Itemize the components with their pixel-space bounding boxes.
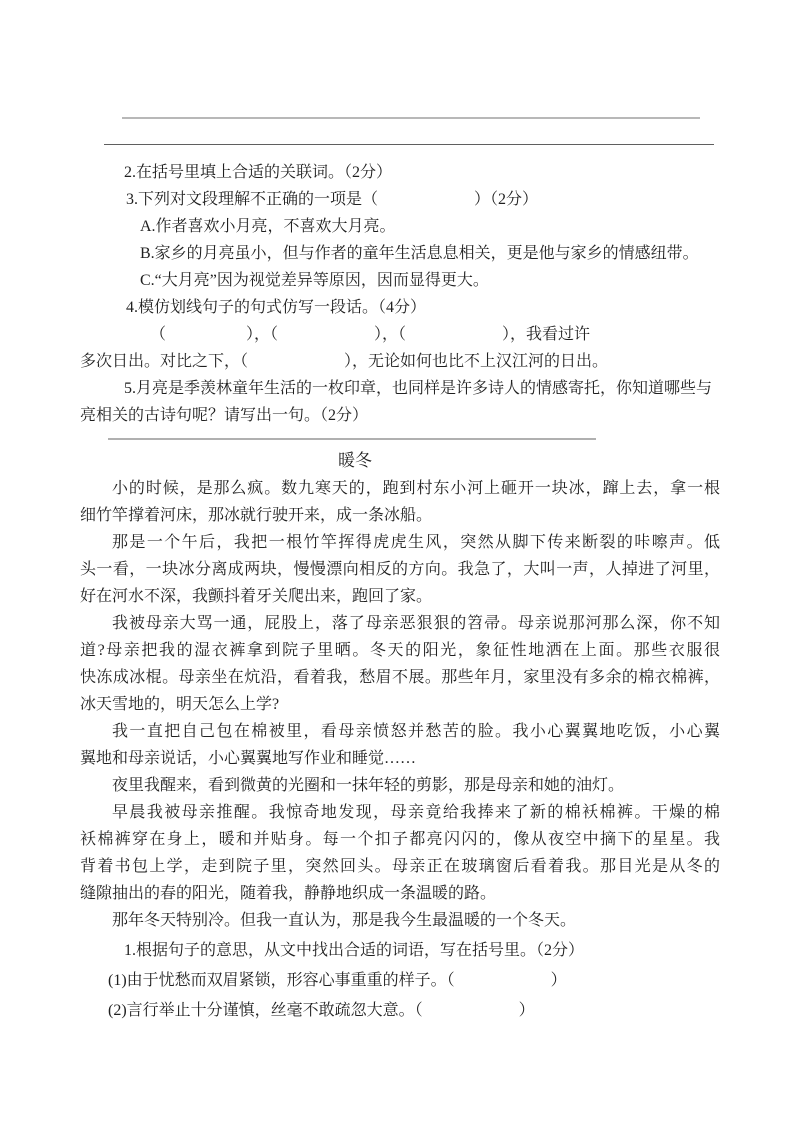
question-1-item-1: (1)由于忧愁而双眉紧锁，形容心事重重的样子。（ ）: [80, 966, 720, 996]
passage-line: 缝隙抽出的春的阳光，随着我，静静地织成一条温暖的路。: [80, 880, 720, 907]
question-3-text: 3.下列对文段理解不正确的一项是（ ）（2分）: [80, 186, 720, 213]
question-1-item-2: (2)言行举止十分谨慎，丝毫不敢疏忽大意。（ ）: [80, 996, 720, 1026]
passage-line: 早晨我被母亲推醒。我惊奇地发现，母亲竟给我捧来了新的棉袄棉裤。干燥的棉: [80, 799, 720, 826]
answer-line-rule-1: [122, 117, 700, 119]
passage-body: 小的时候，是那么疯。数九寒天的，跑到村东小河上砸开一块冰，蹿上去，拿一根 细竹竿…: [80, 475, 720, 934]
question-4-text: 4.模仿划线句子的句式仿写一段话。（4分）: [80, 294, 720, 321]
passage-title: 暖冬: [80, 447, 720, 474]
question-3-option-c: C.“大月亮”因为视觉差异等原因，因而显得更大。: [80, 267, 720, 294]
previous-passage-questions: 2.在括号里填上合适的关联词。（2分） 3.下列对文段理解不正确的一项是（ ）（…: [80, 159, 720, 429]
passage-title-row: 暖冬: [80, 447, 720, 474]
passage-line: 夜里我醒来，看到微黄的光圈和一抹年轻的剪影，那是母亲和她的油灯。: [80, 772, 720, 799]
passage-line: 小的时候，是那么疯。数九寒天的，跑到村东小河上砸开一块冰，蹿上去，拿一根: [80, 475, 720, 502]
passage-line: 我被母亲大骂一通，屁股上，落了母亲恶狠狠的笤帚。母亲说那河那么深，你不知: [80, 610, 720, 637]
question-5-line-1: 5.月亮是季羡林童年生活的一枚印章，也同样是许多诗人的情感寄托，你知道哪些与月: [80, 375, 720, 402]
passage-line: 快冻成冰棍。母亲坐在炕沿，看着我，愁眉不展。那些年月，家里没有多余的棉衣棉裤，: [80, 664, 720, 691]
question-2-text: 2.在括号里填上合适的关联词。（2分）: [80, 159, 720, 186]
answer-line-rule-2: [104, 144, 714, 145]
question-1-text: 1.根据句子的意思，从文中找出合适的词语，写在括号里。（2分）: [80, 936, 720, 966]
passage-line: 翼地和母亲说话，小心翼翼地写作业和睡觉……: [80, 745, 720, 772]
passage-line: 背着书包上学，走到院子里，突然回头。母亲正在玻璃窗后看着我。那目光是从冬的: [80, 853, 720, 880]
passage-line: 好在河水不深，我颤抖着牙关爬出来，跑回了家。: [80, 583, 720, 610]
question-4-blank-line-1: （ ），（ ），（ ），我看过许: [80, 321, 720, 348]
passage-line: 那年冬天特别冷。但我一直认为，那是我今生最温暖的一个冬天。: [80, 907, 720, 934]
passage-line: 头一看，一块冰分离成两块，慢慢漂向相反的方向。我急了，大叫一声，人掉进了河里，: [80, 556, 720, 583]
passage-line: 那是一个午后，我把一根竹竿挥得虎虎生风，突然从脚下传来断裂的咔嚓声。低: [80, 529, 720, 556]
passage-line: 细竹竿撑着河床，那冰就行驶开来，成一条冰船。: [80, 502, 720, 529]
question-3-option-a: A.作者喜欢小月亮，不喜欢大月亮。: [80, 213, 720, 240]
exam-page: 2.在括号里填上合适的关联词。（2分） 3.下列对文段理解不正确的一项是（ ）（…: [0, 0, 793, 1122]
question-3-option-b: B.家乡的月亮虽小，但与作者的童年生活息息相关，更是他与家乡的情感纽带。: [80, 240, 720, 267]
question-5-line-2: 亮相关的古诗句呢？请写出一句。（2分）: [80, 402, 720, 429]
passage-questions: 1.根据句子的意思，从文中找出合适的词语，写在括号里。（2分） (1)由于忧愁而…: [80, 936, 720, 1026]
passage-line: 道?母亲把我的湿衣裤拿到院子里晒。冬天的阳光，象征性地洒在上面。那些衣服很: [80, 637, 720, 664]
question-4-blank-line-2: 多次日出。对比之下，（ ），无论如何也比不上汉江河的日出。: [80, 348, 720, 375]
passage-line: 我一直把自己包在棉被里，看母亲愤怒并愁苦的脸。我小心翼翼地吃饭，小心翼: [80, 718, 720, 745]
passage-line: 冰天雪地的，明天怎么上学?: [80, 691, 720, 718]
section-divider-rule: [108, 438, 596, 440]
passage-line: 袄棉裤穿在身上，暖和并贴身。每一个扣子都亮闪闪的，像从夜空中摘下的星星。我: [80, 826, 720, 853]
